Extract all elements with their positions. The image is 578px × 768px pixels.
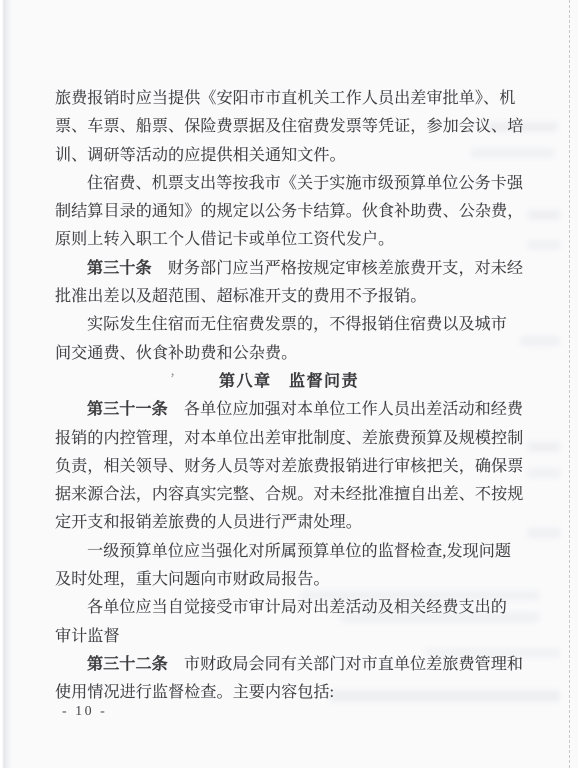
text-line: 各单位应当自觉接受市审计局对出差活动及相关经费支出的 <box>55 594 523 622</box>
text-line: 第三十条 财务部门应当严格按规定审核差旅费开支，对未经 <box>55 255 523 283</box>
text-line: 及时处理，重大问题向市财政局报告。 <box>55 566 523 594</box>
article-number: 第三十条 <box>87 260 152 277</box>
page-edge-shadow <box>0 0 12 768</box>
text-line: 票、车票、船票、保险费票据及住宿费发票等凭证，参加会议、培 <box>55 113 523 141</box>
text-line: 负责，相关领导、财务人员等对差旅费报销进行审核把关，确保票 <box>55 453 523 481</box>
page-edge-line <box>569 0 570 768</box>
text-line: 训、调研等活动的应提供相关通知文件。 <box>55 142 523 170</box>
text-line: 批准出差以及超范围、超标准开支的费用不予报销。 <box>55 283 523 311</box>
text-line: 审计监督 <box>55 623 523 651</box>
text-line: 住宿费、机票支出等按我市《关于实施市级预算单位公务卡强 <box>55 170 523 198</box>
bleedthrough-smudge <box>527 468 561 478</box>
document-body: 旅费报销时应当提供《安阳市市直机关工作人员出差审批单》、机票、车票、船票、保险费… <box>55 85 523 708</box>
bleedthrough-smudge <box>520 336 560 346</box>
text-line: 一级预算单位应当强化对所属预算单位的监督检查,发现问题 <box>55 538 523 566</box>
text-line: 原则上转入职工个人借记卡或单位工资代发户。 <box>55 226 523 254</box>
bleedthrough-smudge <box>527 442 561 452</box>
text-line: 报销的内控管理，对本单位出差审批制度、差旅费预算及规模控制 <box>55 425 523 453</box>
text-line: 第三十一条 各单位应加强对本单位工作人员出差活动和经费 <box>55 396 523 424</box>
text-line: 实际发生住宿而无住宿费发票的，不得报销住宿费以及城市 <box>55 311 523 339</box>
bleedthrough-smudge <box>527 210 561 220</box>
scanned-document-page: ’ 旅费报销时应当提供《安阳市市直机关工作人员出差审批单》、机票、车票、船票、保… <box>0 0 578 768</box>
text-line: 使用情况进行监督检查。主要内容包括: <box>55 679 523 707</box>
text-line: 旅费报销时应当提供《安阳市市直机关工作人员出差审批单》、机 <box>55 85 523 113</box>
article-number: 第三十一条 <box>87 401 168 418</box>
article-number: 第三十二条 <box>87 656 168 673</box>
text-line: 第三十二条 市财政局会同有关部门对市直单位差旅费管理和 <box>55 651 523 679</box>
bleedthrough-smudge <box>527 528 561 538</box>
page-number: - 10 - <box>62 702 107 722</box>
text-line: 定开支和报销差旅费的人员进行严肃处理。 <box>55 509 523 537</box>
text-line: 间交通费、伙食补助费和公杂费。 <box>55 340 523 368</box>
text-line: 制结算目录的通知》的规定以公务卡结算。伙食补助费、公杂费， <box>55 198 523 226</box>
chapter-heading: 第八章 监督问责 <box>55 368 523 396</box>
bleedthrough-smudge <box>527 240 561 250</box>
text-line: 据来源合法，内容真实完整、合规。对未经批准擅自出差、不按规 <box>55 481 523 509</box>
